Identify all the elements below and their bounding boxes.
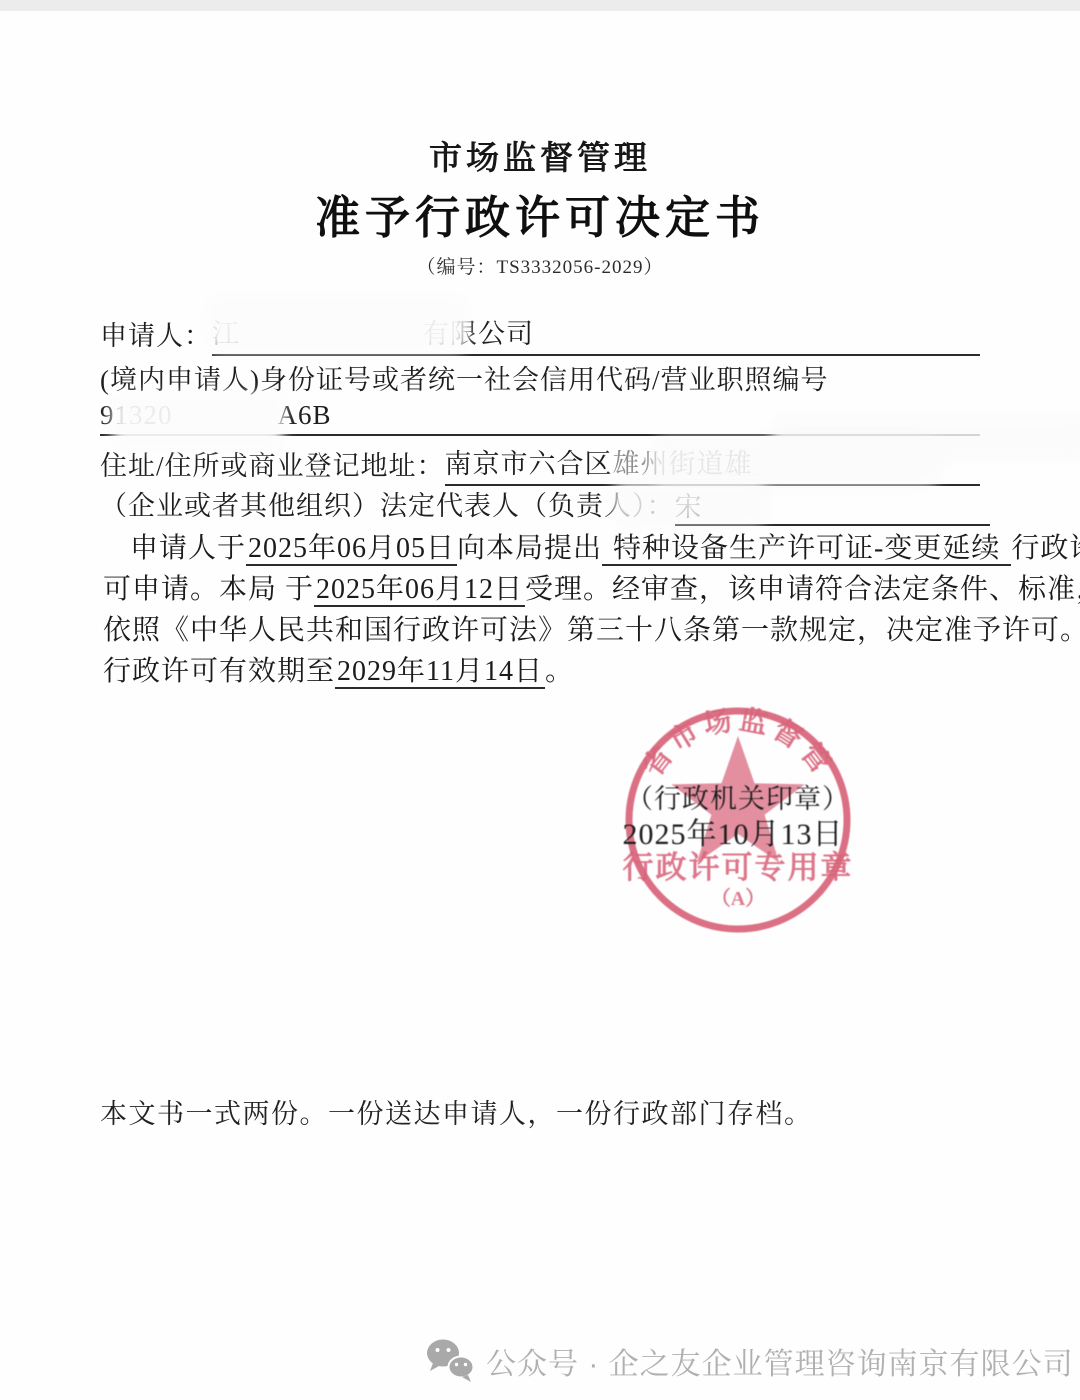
text-run: 向本局提出 — [457, 533, 602, 564]
seal-grade: （A） — [711, 887, 765, 910]
text-run: 。 — [545, 656, 574, 687]
acceptance-date: 2025年06月12日 — [314, 574, 525, 607]
text-run: 行政许 — [1011, 533, 1080, 564]
issuing-authority-title: 市场监督管理 — [0, 132, 1080, 179]
seal-date: 2025年10月13日 — [623, 818, 844, 851]
paragraph-line-2: 可申请。本局 于2025年06月12日受理。经审查，该申请符合法定条件、标准， — [103, 569, 983, 610]
redaction-patch-address — [652, 438, 940, 486]
text-run: 依照《中华人民共和国行政许可法》第三十八条第一款规定，决定准予许可。 — [103, 615, 1080, 646]
address-visible: 南京市六合区 — [445, 442, 613, 481]
license-decision-document: 市场监督管理 准予行政许可决定书 （编号：TS3332056-2029） 申请人… — [0, 0, 1080, 1400]
address-label: 住址/住所或商业登记地址： — [100, 444, 445, 486]
top-strip — [0, 0, 1080, 11]
legal-rep-row: （企业或者其他组织）法定代表人（负责人）： 宋 — [100, 484, 980, 526]
text-run: 受理。经审查，该申请符合法定条件、标准， — [525, 574, 1080, 605]
applicant-label: 申请人： — [100, 314, 212, 356]
footer-watermark: 公众号 · 企之友企业管理咨询南京有限公司 — [424, 1336, 1074, 1386]
wechat-icon — [424, 1336, 478, 1386]
seal-org-overlay: （行政机关印章） — [626, 784, 850, 814]
text-run: 行政许可有效期至 — [103, 656, 335, 687]
redaction-patch-applicant — [206, 296, 468, 352]
paragraph-line-3: 依照《中华人民共和国行政许可法》第三十八条第一款规定，决定准予许可。 — [103, 610, 983, 651]
official-seal: 省市场监督管 （行政机关印章） 2025年10月13日 行政许可专用章 （A） — [613, 698, 863, 948]
validity-date: 2029年11月14日 — [335, 656, 545, 689]
application-date: 2025年06月05日 — [246, 533, 457, 566]
legal-rep-label: （企业或者其他组织）法定代表人（负责人）： — [100, 484, 675, 526]
document-title: 准予行政许可决定书 — [0, 181, 1080, 246]
text-run: 申请人于 — [130, 533, 246, 564]
seal-graphic: 省市场监督管 （行政机关印章） 2025年10月13日 行政许可专用章 （A） — [613, 698, 863, 948]
document-number: （编号：TS3332056-2029） — [0, 252, 1080, 279]
paragraph-line-1: 申请人于2025年06月05日向本局提出特种设备生产许可证-变更延续行政许 — [103, 528, 983, 569]
text-run: 可申请。本局 于 — [103, 574, 314, 605]
distribution-note: 本文书一式两份。一份送达申请人，一份行政部门存档。 — [100, 1092, 813, 1131]
document-header: 市场监督管理 准予行政许可决定书 （编号：TS3332056-2029） — [0, 132, 1080, 279]
permit-type: 特种设备生产许可证-变更延续 — [602, 533, 1011, 566]
redaction-patch-rep — [612, 480, 768, 524]
watermark-text: 公众号 · 企之友企业管理咨询南京有限公司 — [486, 1339, 1074, 1383]
code-suffix: A6B — [278, 400, 332, 431]
seal-bottom-text: 行政许可专用章 — [623, 850, 854, 885]
decision-paragraph: 申请人于2025年06月05日向本局提出特种设备生产许可证-变更延续行政许 可申… — [103, 528, 983, 692]
redaction-patch-code — [112, 394, 284, 448]
paragraph-line-4: 行政许可有效期至2029年11月14日。 — [103, 651, 983, 692]
